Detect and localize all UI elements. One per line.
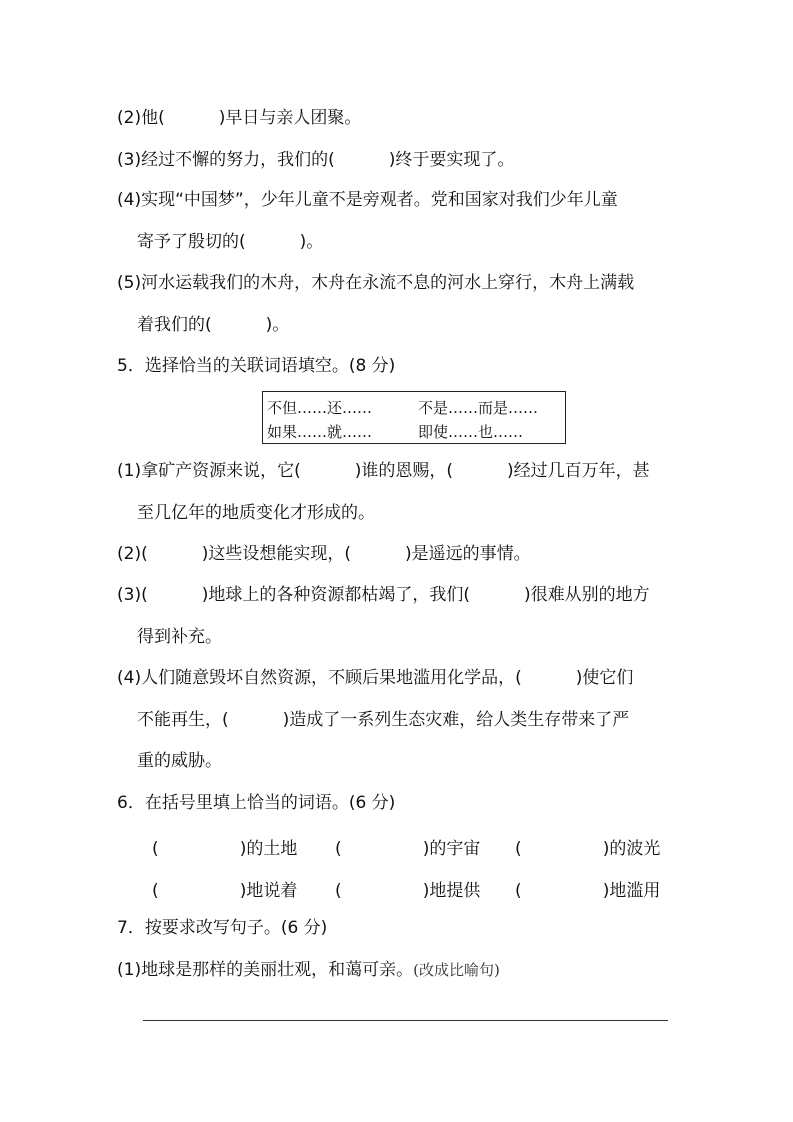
q4-item-4-line2: 寄予了殷切的( )。 <box>137 231 323 253</box>
q4-item-2: (2)他( )早日与亲人团聚。 <box>117 107 361 129</box>
q5-item-3-line2: 得到补充。 <box>137 626 222 648</box>
q6-blank-5: ( )地提供 <box>335 876 480 901</box>
q6-heading: 6．在括号里填上恰当的词语。(6 分) <box>117 792 395 814</box>
option-a: 不但……还…… <box>267 397 372 418</box>
q5-item-3-line1: (3)( )地球上的各种资源都枯竭了，我们( )很难从别的地方 <box>117 584 650 606</box>
q7-item-1: (1)地球是那样的美丽壮观，和蔼可亲。(改成比喻句) <box>117 959 500 981</box>
q5-item-4-line1: (4)人们随意毁坏自然资源，不顾后果地滥用化学品，( )使它们 <box>117 667 633 689</box>
q5-item-4-line2: 不能再生，( )造成了一系列生态灾难，给人类生存带来了严 <box>137 709 629 731</box>
q5-item-1-line1: (1)拿矿产资源来说，它( )谁的恩赐，( )经过几百万年，甚 <box>117 460 650 482</box>
conjunction-options-box: 不但……还…… 不是……而是…… 如果……就…… 即使……也…… <box>262 391 566 444</box>
option-d: 即使……也…… <box>418 421 523 442</box>
q5-item-1-line2: 至几亿年的地质变化才形成的。 <box>137 502 375 524</box>
q5-item-2: (2)( )这些设想能实现，( )是遥远的事情。 <box>117 543 531 565</box>
q5-item-4-line3: 重的威胁。 <box>137 750 222 772</box>
q7-item-1-hint: (改成比喻句) <box>413 961 500 979</box>
q6-blank-6: ( )地滥用 <box>515 876 660 901</box>
q6-blank-1: ( )的土地 <box>152 834 297 859</box>
answer-line <box>143 1020 668 1021</box>
option-b: 不是……而是…… <box>418 397 538 418</box>
q4-item-3: (3)经过不懈的努力，我们的( )终于要实现了。 <box>117 149 514 171</box>
q6-blank-4: ( )地说着 <box>152 876 297 901</box>
q6-blank-3: ( )的波光 <box>515 834 660 859</box>
option-c: 如果……就…… <box>267 421 372 442</box>
q5-heading: 5．选择恰当的关联词语填空。(8 分) <box>117 355 395 377</box>
q4-item-5-line1: (5)河水运载我们的木舟，木舟在永流不息的河水上穿行，木舟上满载 <box>117 272 634 294</box>
q4-item-4-line1: (4)实现“中国梦”，少年儿童不是旁观者。党和国家对我们少年儿童 <box>117 189 618 211</box>
q7-heading: 7．按要求改写句子。(6 分) <box>117 917 327 939</box>
q7-item-1-text: (1)地球是那样的美丽壮观，和蔼可亲。 <box>117 960 413 980</box>
q4-item-5-line2: 着我们的( )。 <box>137 314 289 336</box>
q6-blank-2: ( )的宇宙 <box>335 834 480 859</box>
